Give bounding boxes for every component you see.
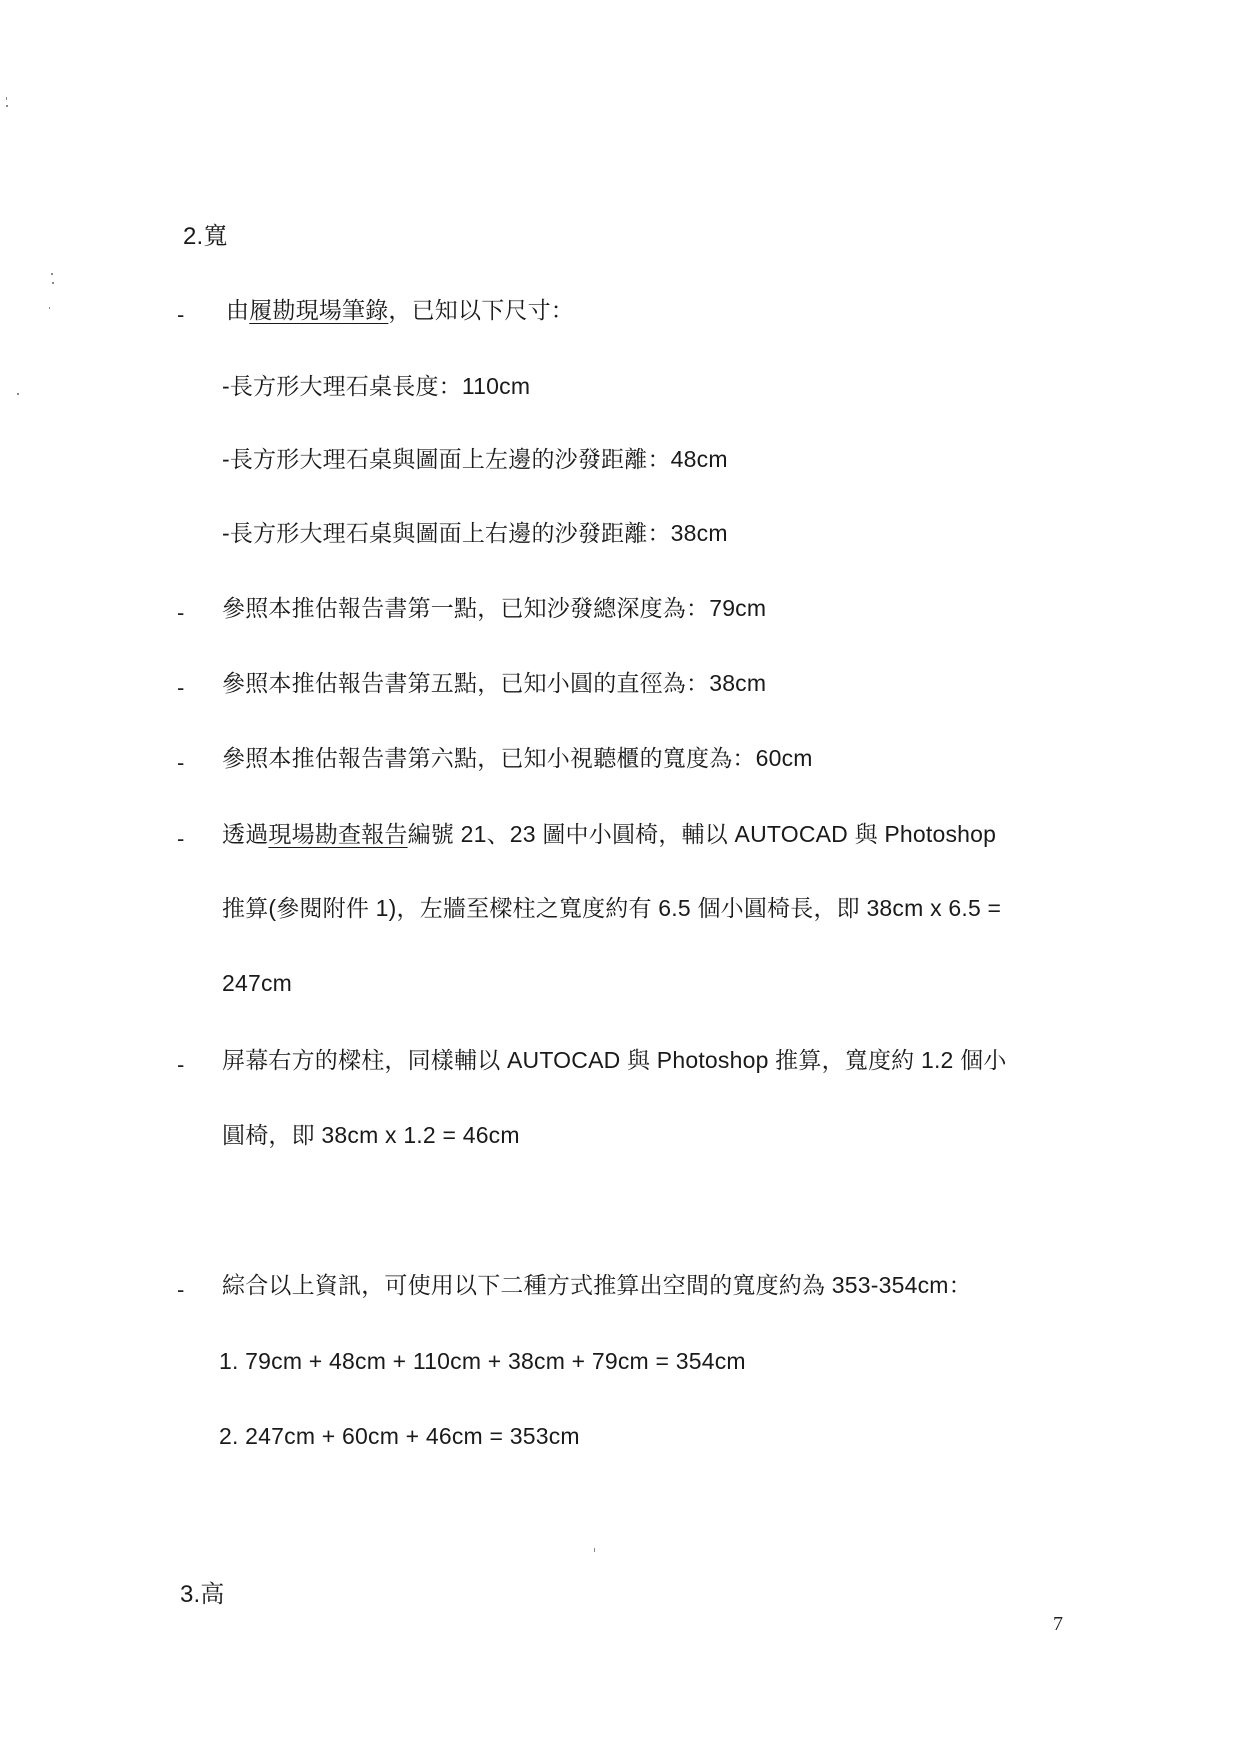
site-notes-underlined-term: 履勘現場筆錄	[249, 297, 388, 323]
dimension-left-sofa-distance: -長方形大理石桌與圖面上左邊的沙發距離：48cm	[222, 444, 728, 474]
inspection-line1-rest: 編號 21、23 圖中小圓椅，輔以 AUTOCAD 與 Photoshop	[408, 821, 997, 847]
scan-speck	[6, 97, 7, 100]
scan-speck	[52, 282, 54, 284]
scan-speck	[17, 393, 19, 395]
bullet-marker: -	[177, 1275, 184, 1305]
scan-speck	[49, 307, 50, 309]
scan-speck	[594, 1548, 595, 1552]
beam-item-line-1: 屏幕右方的樑柱，同樣輔以 AUTOCAD 與 Photoshop 推算，寬度約 …	[222, 1045, 1007, 1075]
inspection-item-line-3: 247cm	[222, 968, 292, 998]
bullet-marker: -	[177, 300, 184, 330]
page-number: 7	[1053, 1613, 1063, 1636]
summary-method-2: 2. 247cm + 60cm + 46cm = 353cm	[219, 1421, 580, 1451]
bullet-marker: -	[177, 598, 184, 628]
site-notes-line: 由履勘現場筆錄，已知以下尺寸：	[226, 295, 574, 325]
section-heading-width: 2.寬	[183, 222, 228, 252]
beam-item-line-2: 圓椅，即 38cm x 1.2 = 46cm	[222, 1120, 520, 1150]
bullet-marker: -	[177, 824, 184, 854]
inspection-item-line-1: 透過現場勘查報告編號 21、23 圖中小圓椅，輔以 AUTOCAD 與 Phot…	[222, 819, 996, 849]
inspection-prefix: 透過	[222, 821, 268, 847]
site-notes-prefix: 由	[226, 297, 249, 323]
bullet-marker: -	[177, 1050, 184, 1080]
dimension-right-sofa-distance: -長方形大理石桌與圖面上右邊的沙發距離：38cm	[222, 518, 728, 548]
reference-circle-diameter: 參照本推估報告書第五點，已知小圓的直徑為：38cm	[222, 668, 766, 698]
summary-method-1: 1. 79cm + 48cm + 110cm + 38cm + 79cm = 3…	[219, 1346, 746, 1376]
reference-av-cabinet-width: 參照本推估報告書第六點，已知小視聽櫃的寬度為：60cm	[222, 743, 813, 773]
scan-speck	[6, 105, 8, 107]
document-page: 2.寬 - 由履勘現場筆錄，已知以下尺寸： -長方形大理石桌長度：110cm -…	[0, 0, 1247, 1752]
site-notes-suffix: ，已知以下尺寸：	[388, 297, 574, 323]
bullet-marker: -	[177, 748, 184, 778]
section-heading-height: 3.高	[180, 1580, 225, 1610]
bullet-marker: -	[177, 673, 184, 703]
inspection-underlined-term: 現場勘查報告	[268, 821, 407, 847]
inspection-item-line-2: 推算(參閱附件 1)，左牆至樑柱之寬度約有 6.5 個小圓椅長，即 38cm x…	[222, 893, 1001, 923]
dimension-table-length: -長方形大理石桌長度：110cm	[222, 371, 530, 401]
summary-intro: 綜合以上資訊，可使用以下二種方式推算出空間的寬度約為 353-354cm：	[222, 1270, 972, 1300]
scan-speck	[51, 273, 53, 275]
reference-sofa-depth: 參照本推估報告書第一點，已知沙發總深度為：79cm	[222, 593, 766, 623]
